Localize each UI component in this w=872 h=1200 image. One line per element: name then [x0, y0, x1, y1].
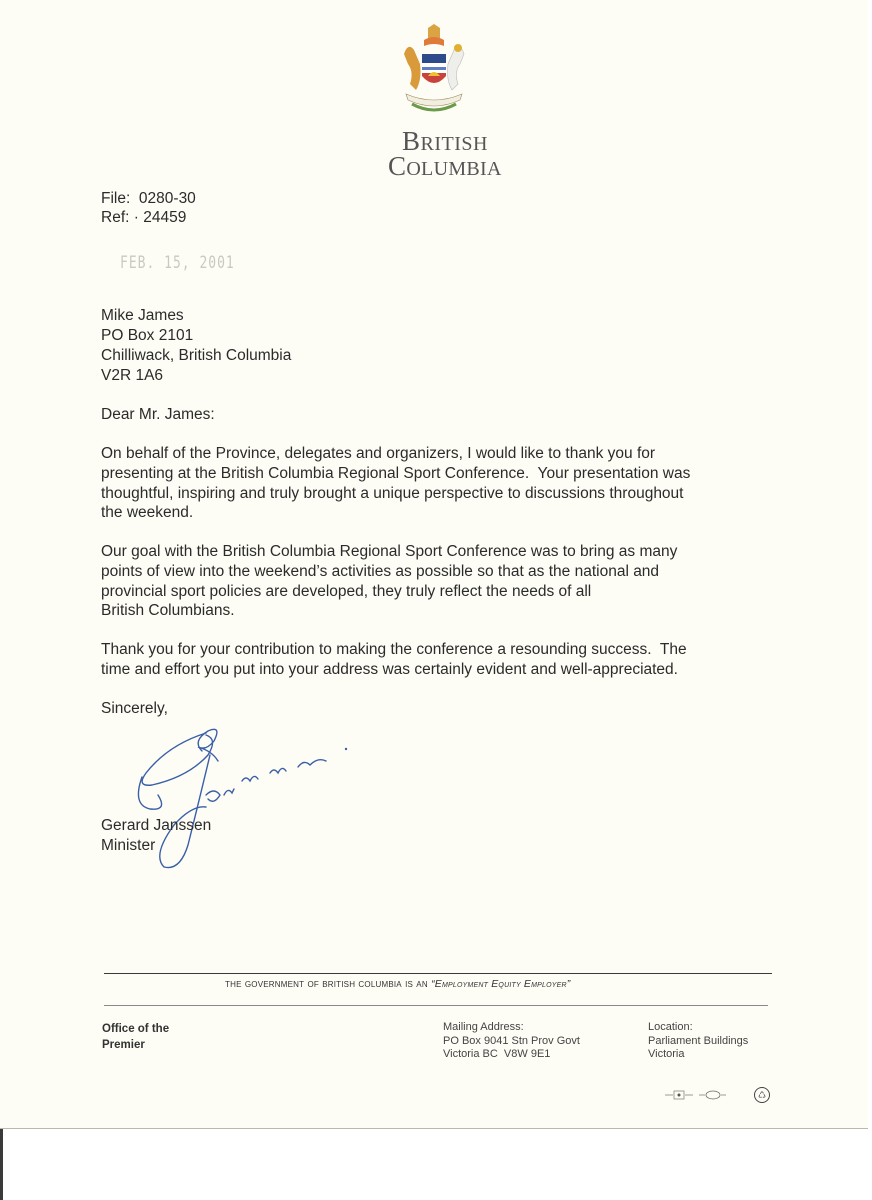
letterhead-wordmark: BRITISH COLUMBIA [388, 130, 508, 180]
bc-coat-of-arms-icon [398, 24, 470, 124]
body-line: On behalf of the Province, delegates and… [101, 444, 655, 464]
location-line1: Parliament Buildings [648, 1035, 748, 1049]
body-line: time and effort you put into your addres… [101, 660, 678, 680]
body-line: points of view into the weekend’s activi… [101, 562, 659, 582]
wordmark-line2: COLUMBIA [388, 155, 508, 180]
equity-statement: The Government of British Columbia is an… [225, 978, 570, 990]
ref-reference: Ref: · 24459 [101, 208, 186, 228]
union-bug-icon [698, 1090, 728, 1100]
union-label-icon [664, 1090, 694, 1100]
recipient-city: Chilliwack, British Columbia [101, 346, 291, 366]
closing: Sincerely, [101, 699, 168, 719]
mailing-line2: Victoria BC V8W 9E1 [443, 1048, 550, 1062]
office-line1: Office of the [102, 1021, 169, 1037]
body-line: the weekend. [101, 503, 193, 523]
recipient-postal: V2R 1A6 [101, 366, 163, 386]
date-stamp: FEB. 15, 2001 [120, 254, 235, 274]
mailing-label: Mailing Address: [443, 1021, 524, 1035]
recipient-address: PO Box 2101 [101, 326, 193, 346]
body-line: British Columbians. [101, 601, 235, 621]
office-line2: Premier [102, 1037, 145, 1053]
signatory-title: Minister [101, 836, 155, 856]
file-value: 0280-30 [139, 190, 196, 207]
footer-rule-bottom [104, 1005, 768, 1006]
location-label: Location: [648, 1021, 693, 1035]
signatory-name: Gerard Janssen [101, 816, 211, 836]
body-line: thoughtful, inspiring and truly brought … [101, 484, 683, 504]
mailing-line1: PO Box 9041 Stn Prov Govt [443, 1035, 580, 1049]
body-line: Thank you for your contribution to makin… [101, 640, 687, 660]
body-line: provincial sport policies are developed,… [101, 582, 591, 602]
body-line: Our goal with the British Columbia Regio… [101, 542, 677, 562]
equity-italic: “Employment Equity Employer” [431, 978, 570, 990]
salutation: Dear Mr. James: [101, 405, 215, 425]
scan-edge [0, 1129, 3, 1200]
file-label: File: [101, 190, 130, 207]
location-line2: Victoria [648, 1048, 684, 1062]
equity-plain: The Government of British Columbia is an [225, 978, 431, 990]
body-line: presenting at the British Columbia Regio… [101, 464, 690, 484]
handwritten-signature-icon [128, 725, 368, 875]
recipient-name: Mike James [101, 306, 184, 326]
file-reference: File: 0280-30 [101, 189, 196, 209]
footer-rule-top [104, 973, 772, 974]
letter-page: BRITISH COLUMBIA File: 0280-30 Ref: · 24… [0, 0, 868, 1129]
ref-value: 24459 [143, 209, 186, 226]
recycled-paper-icon: ♺ [754, 1087, 770, 1103]
ref-label: Ref: [101, 209, 129, 226]
